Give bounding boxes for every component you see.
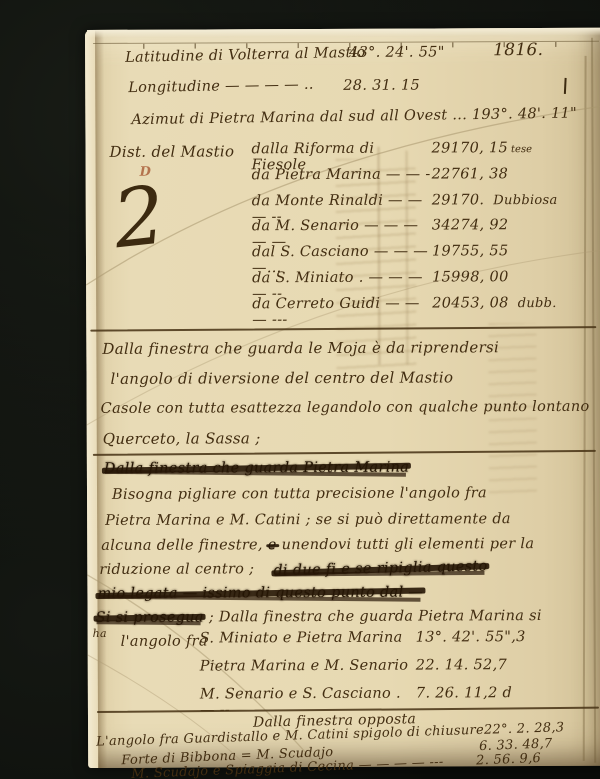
azimuth-line: Azimut di Pietra Marina dal sud all Oves… [131,106,577,129]
longitude-label: Longitudine — — — — .. [128,77,314,97]
moja-note-line: Querceto, la Sassa ; [103,430,261,448]
distance-from: da Cerreto Guidi — — — --- [252,295,432,328]
angle-list-intro: l'angolo fra [121,633,208,650]
angle-row: Pietra Marina e M. Senario 22. 14. 52,7 [200,657,526,686]
struck-phrase: di due fi e se ripiglia questo [273,558,488,579]
stamp-mark: D [140,166,152,181]
distance-unit: tese [511,144,532,155]
angle-value: 13°. 42'. 55",3 [416,629,526,645]
distance-value: 22761, 38 [432,166,509,182]
distance-row: da Cerreto Guidi — — — --- 20453, 08 dub… [252,295,558,322]
distance-from: da Pietra Marina — — - [252,166,432,183]
angle-value: 7. 26. 11,2 d [416,685,512,701]
page-top-edge [87,28,600,38]
distance-row: da Pietra Marina — — - 22761, 38 [252,166,558,193]
page-left-fold-shadow [95,30,107,768]
distance-row: dalla Riforma di Fiesole 29170, 15 tese [251,140,557,167]
distance-value: 29170. [432,192,485,208]
moja-note-line: Dalla finestra che guarda le Moja è da r… [102,339,499,358]
distance-value: 29170, 15 [431,140,508,156]
distance-row: da S. Miniato . — — — — -- 15998, 00 [252,269,558,296]
manuscript-page: 1816. Latitudine di Volterra al Mastio 4… [85,28,600,768]
distance-value: 15998, 00 [432,269,509,285]
pietra-note-line: alcuna delle finestre, e unendovi tutti … [101,536,534,555]
distance-row: dal S. Casciano — — — —... 19755, 55 [252,243,558,270]
distance-list: dalla Riforma di Fiesole 29170, 15 tese … [251,140,558,322]
struck-heading: Dalla finestra che guarda Pietra Marina [104,460,409,477]
stray-pen-stroke [564,78,567,94]
pietra-note-text: ; Dalla finestra che guarda Pietra Marin… [209,608,542,625]
angle-value: 2. 56. 9,6 [476,751,542,769]
moja-note-line: Casole con tutta esattezza legandolo con… [101,399,590,418]
year-annotation: 1816. [493,41,543,61]
pietra-note-text: unendovi tutti gli elementi per la [282,536,535,553]
distance-row: da Monte Rinaldi — — — -- 29170. Dubbios… [252,192,558,219]
pietra-note-line: riduzione al centro ; di due fi e se rip… [99,560,487,578]
pietra-note-line: Bisogna pigliare con tutta precisione l'… [112,485,487,503]
distance-value: 34274, 92 [432,218,509,234]
distance-value: 20453, 08 [432,295,509,311]
distance-note: Dubbiosa [493,193,557,208]
angle-row: S. Miniato e Pietra Marina 13°. 42'. 55"… [200,629,526,658]
section-rule [93,450,596,456]
manuscript-photo: 1816. Latitudine di Volterra al Mastio 4… [0,0,600,779]
distance-intro: Dist. del Mastio [109,143,234,161]
pietra-note-line: Pietra Marina e M. Catini ; se si può di… [105,511,511,529]
page-right-edge-line [591,38,596,763]
margin-word: ha [93,628,107,641]
pietra-note-text: riduzione al centro ; [99,561,254,578]
struck-line: mio legata — issimo di questo punto dal … [97,585,423,602]
struck-word: e [268,537,277,553]
pietra-note-line: Si si prosegua ; Dalla finestra che guar… [96,608,542,627]
angle-pair: Pietra Marina e M. Senario [200,658,416,675]
moja-note-line: l'angolo di diversione del centro del Ma… [110,369,453,388]
struck-phrase: Si si prosegua [96,609,204,625]
distance-value: 19755, 55 [432,243,509,259]
page-number: 2 [110,175,170,260]
angle-pair: S. Miniato e Pietra Marina [200,630,416,647]
distance-row: da M. Senario — — — — — 34274, 92 [252,217,558,244]
pietra-note-text: alcuna delle finestre, [101,537,263,554]
angle-value: 22. 14. 52,7 [416,657,507,673]
angle-value: 22°. 2. 28,3 [484,720,565,737]
section-rule [90,326,596,332]
longitude-value: 28. 31. 15 [343,78,420,95]
latitude-value: 43°. 24'. 55" [349,44,445,61]
angle-list: S. Miniato e Pietra Marina 13°. 42'. 55"… [200,629,526,714]
distance-note: dubb. [518,296,557,311]
